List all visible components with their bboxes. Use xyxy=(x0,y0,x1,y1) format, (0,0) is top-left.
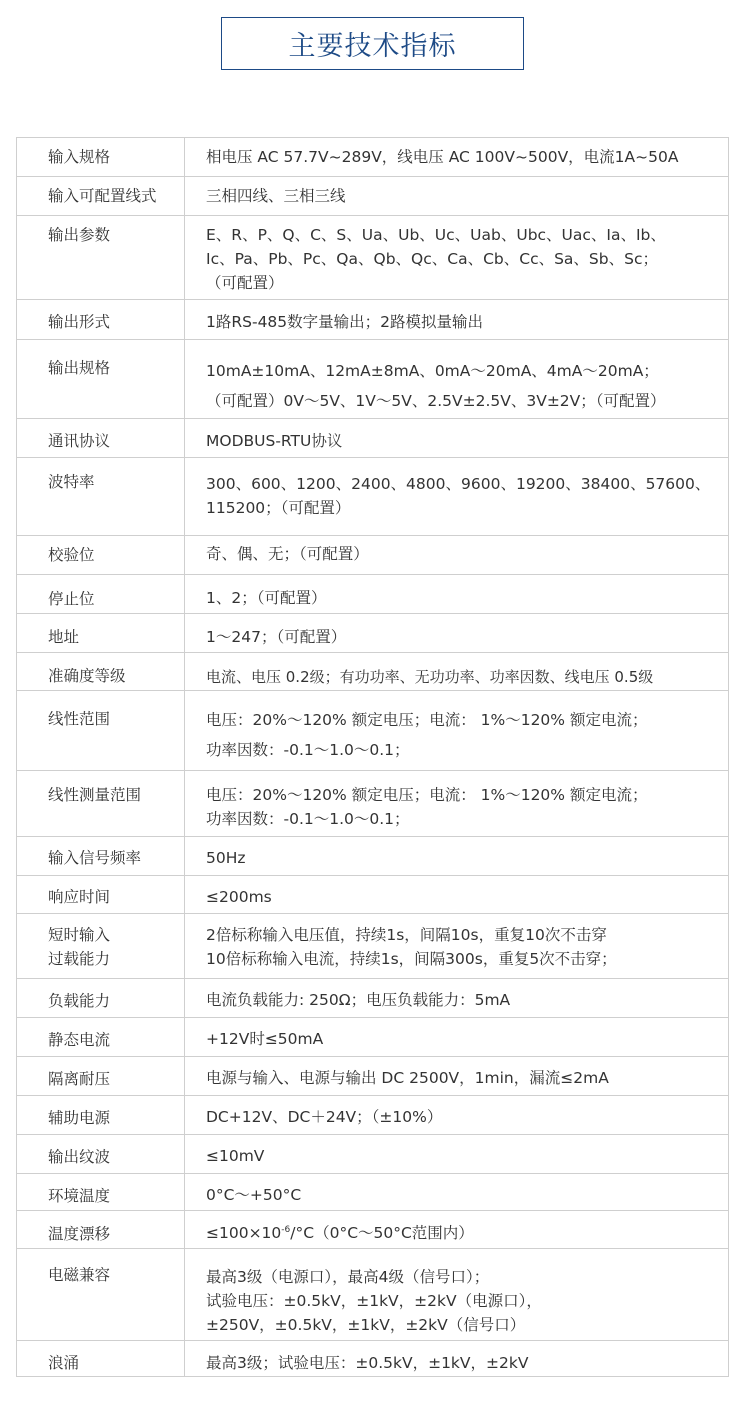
spec-value: 电源与输入、电源与输出 DC 2500V，1min，漏流≤2mA xyxy=(185,1057,729,1096)
value-text: 1～247；（可配置） xyxy=(206,625,724,649)
spec-value: 1～247；（可配置） xyxy=(185,614,729,653)
value-text: 10mA±10mA、12mA±8mA、0mA～20mA、4mA～20mA； xyxy=(206,356,724,386)
spec-value: 最高3级；试验电压：±0.5kV，±1kV，±2kV xyxy=(185,1341,729,1377)
spec-label: 输出参数 xyxy=(17,216,185,300)
label-text: 响应时间 xyxy=(48,885,184,909)
table-row: 输入信号频率 50Hz xyxy=(17,837,729,876)
spec-value: 0°C～+50°C xyxy=(185,1174,729,1211)
label-text: 输出参数 xyxy=(48,223,184,247)
value-text-main: ≤100×10 xyxy=(206,1224,281,1242)
value-text: 最高3级；试验电压：±0.5kV，±1kV，±2kV xyxy=(206,1351,724,1375)
table-row: 准确度等级 电流、电压 0.2级；有功功率、无功功率、功率因数、线电压 0.5级 xyxy=(17,653,729,691)
spec-label: 线性范围 xyxy=(17,691,185,771)
spec-value: +12V时≤50mA xyxy=(185,1018,729,1057)
spec-value: 1、2；（可配置） xyxy=(185,575,729,614)
value-text: （可配置）0V～5V、1V～5V、2.5V±2.5V、3V±2V；（可配置） xyxy=(206,386,724,416)
value-text: 2倍标称输入电压值，持续1s，间隔10s，重复10次不击穿 xyxy=(206,923,724,947)
table-row: 输出形式 1路RS-485数字量输出；2路模拟量输出 xyxy=(17,300,729,340)
spec-value: 三相四线、三相三线 xyxy=(185,177,729,216)
value-text: 电源与输入、电源与输出 DC 2500V，1min，漏流≤2mA xyxy=(206,1066,724,1090)
value-text: ±250V，±0.5kV，±1kV，±2kV（信号口） xyxy=(206,1313,724,1337)
spec-value: 最高3级（电源口），最高4级（信号口）； 试验电压：±0.5kV，±1kV，±2… xyxy=(185,1249,729,1341)
value-text: 相电压 AC 57.7V~289V，线电压 AC 100V~500V，电流1A~… xyxy=(206,145,724,169)
label-text: 隔离耐压 xyxy=(48,1067,184,1091)
label-text: 停止位 xyxy=(48,587,184,611)
value-text: 最高3级（电源口），最高4级（信号口）； xyxy=(206,1265,724,1289)
spec-value: 奇、偶、无；（可配置） xyxy=(185,536,729,575)
value-text: 1、2；（可配置） xyxy=(206,586,724,610)
spec-value: 50Hz xyxy=(185,837,729,876)
spec-value: DC+12V、DC＋24V；（±10%） xyxy=(185,1096,729,1135)
table-row: 线性测量范围 电压：20%～120% 额定电压；电流： 1%～120% 额定电流… xyxy=(17,771,729,837)
label-text: 输出规格 xyxy=(48,356,184,380)
spec-label: 输出形式 xyxy=(17,300,185,340)
spec-label: 输出纹波 xyxy=(17,1135,185,1174)
value-text-unit: /°C（0°C～50°C范围内） xyxy=(290,1224,474,1242)
table-row: 温度漂移 ≤100×10-6/°C（0°C～50°C范围内） xyxy=(17,1211,729,1249)
spec-label: 输出规格 xyxy=(17,340,185,419)
label-text: 准确度等级 xyxy=(48,664,184,688)
value-text: 功率因数：-0.1～1.0～0.1； xyxy=(206,735,724,765)
spec-value: 相电压 AC 57.7V~289V，线电压 AC 100V~500V，电流1A~… xyxy=(185,138,729,177)
label-text: 短时输入 xyxy=(48,923,184,947)
spec-value: ≤10mV xyxy=(185,1135,729,1174)
spec-label: 负载能力 xyxy=(17,979,185,1018)
label-text: 校验位 xyxy=(48,543,184,567)
exponent: -6 xyxy=(281,1225,290,1235)
spec-value: MODBUS-RTU协议 xyxy=(185,419,729,458)
label-text: 输出形式 xyxy=(48,310,184,334)
label-text: 波特率 xyxy=(48,470,184,494)
table-row: 地址 1～247；（可配置） xyxy=(17,614,729,653)
label-text: 过载能力 xyxy=(48,947,184,971)
spec-label: 静态电流 xyxy=(17,1018,185,1057)
value-text: 电压：20%～120% 额定电压；电流： 1%～120% 额定电流； xyxy=(206,783,724,807)
table-row: 输出纹波 ≤10mV xyxy=(17,1135,729,1174)
label-text: 温度漂移 xyxy=(48,1222,184,1246)
table-row: 停止位 1、2；（可配置） xyxy=(17,575,729,614)
value-text: （可配置） xyxy=(206,271,724,295)
label-text: 线性范围 xyxy=(48,707,184,731)
table-row: 响应时间 ≤200ms xyxy=(17,876,729,914)
label-text: 输入信号频率 xyxy=(48,846,184,870)
table-row: 短时输入 过载能力 2倍标称输入电压值，持续1s，间隔10s，重复10次不击穿 … xyxy=(17,914,729,979)
table-row: 环境温度 0°C～+50°C xyxy=(17,1174,729,1211)
value-text: Ic、Pa、Pb、Pc、Qa、Qb、Qc、Ca、Cb、Cc、Sa、Sb、Sc； xyxy=(206,247,724,271)
label-text: 输入可配置线式 xyxy=(48,184,184,208)
value-text: 电流负载能力: 250Ω；电压负载能力：5mA xyxy=(206,988,724,1012)
value-text: ≤200ms xyxy=(206,885,724,909)
table-row: 负载能力 电流负载能力: 250Ω；电压负载能力：5mA xyxy=(17,979,729,1018)
spec-label: 短时输入 过载能力 xyxy=(17,914,185,979)
label-text: 环境温度 xyxy=(48,1184,184,1208)
spec-label: 电磁兼容 xyxy=(17,1249,185,1341)
value-text: 功率因数：-0.1～1.0～0.1； xyxy=(206,807,724,831)
value-text: 电压：20%～120% 额定电压；电流： 1%～120% 额定电流； xyxy=(206,705,724,735)
label-text: 输入规格 xyxy=(48,145,184,169)
label-text: 输出纹波 xyxy=(48,1145,184,1169)
value-text: MODBUS-RTU协议 xyxy=(206,429,724,453)
label-text: 线性测量范围 xyxy=(48,783,184,807)
label-text: 通讯协议 xyxy=(48,429,184,453)
spec-value: 电流负载能力: 250Ω；电压负载能力：5mA xyxy=(185,979,729,1018)
table-row: 输入规格 相电压 AC 57.7V~289V，线电压 AC 100V~500V，… xyxy=(17,138,729,177)
section-title-box: 主要技术指标 xyxy=(221,17,524,70)
label-text: 电磁兼容 xyxy=(48,1263,184,1287)
spec-value: ≤200ms xyxy=(185,876,729,914)
value-text: 115200；（可配置） xyxy=(206,496,724,520)
value-text: 三相四线、三相三线 xyxy=(206,184,724,208)
value-text: DC+12V、DC＋24V；（±10%） xyxy=(206,1105,724,1129)
spec-label: 输入规格 xyxy=(17,138,185,177)
spec-value: 电压：20%～120% 额定电压；电流： 1%～120% 额定电流； 功率因数：… xyxy=(185,691,729,771)
table-row: 输出规格 10mA±10mA、12mA±8mA、0mA～20mA、4mA～20m… xyxy=(17,340,729,419)
spec-label: 浪涌 xyxy=(17,1341,185,1377)
value-text: 10倍标称输入电流，持续1s，间隔300s，重复5次不击穿； xyxy=(206,947,724,971)
spec-label: 校验位 xyxy=(17,536,185,575)
label-text: 负载能力 xyxy=(48,989,184,1013)
spec-label: 通讯协议 xyxy=(17,419,185,458)
table-row: 辅助电源 DC+12V、DC＋24V；（±10%） xyxy=(17,1096,729,1135)
spec-label: 辅助电源 xyxy=(17,1096,185,1135)
label-text: 地址 xyxy=(48,625,184,649)
spec-label: 线性测量范围 xyxy=(17,771,185,837)
value-text: +12V时≤50mA xyxy=(206,1027,724,1051)
spec-label: 响应时间 xyxy=(17,876,185,914)
table-row: 线性范围 电压：20%～120% 额定电压；电流： 1%～120% 额定电流； … xyxy=(17,691,729,771)
label-text: 辅助电源 xyxy=(48,1106,184,1130)
value-text: ≤100×10-6/°C（0°C～50°C范围内） xyxy=(206,1221,724,1245)
value-text: 奇、偶、无；（可配置） xyxy=(206,542,724,566)
spec-value: 电压：20%～120% 额定电压；电流： 1%～120% 额定电流； 功率因数：… xyxy=(185,771,729,837)
table-row: 浪涌 最高3级；试验电压：±0.5kV，±1kV，±2kV xyxy=(17,1341,729,1377)
spec-label: 准确度等级 xyxy=(17,653,185,691)
spec-value: ≤100×10-6/°C（0°C～50°C范围内） xyxy=(185,1211,729,1249)
section-title: 主要技术指标 xyxy=(289,24,457,63)
table-row: 输出参数 E、R、P、Q、C、S、Ua、Ub、Uc、Uab、Ubc、Uac、Ia… xyxy=(17,216,729,300)
spec-table: 输入规格 相电压 AC 57.7V~289V，线电压 AC 100V~500V，… xyxy=(16,137,729,1377)
spec-value: 10mA±10mA、12mA±8mA、0mA～20mA、4mA～20mA； （可… xyxy=(185,340,729,419)
value-text: 1路RS-485数字量输出；2路模拟量输出 xyxy=(206,310,724,334)
spec-label: 波特率 xyxy=(17,458,185,536)
spec-label: 温度漂移 xyxy=(17,1211,185,1249)
label-text: 静态电流 xyxy=(48,1028,184,1052)
spec-label: 停止位 xyxy=(17,575,185,614)
spec-value: 300、600、1200、2400、4800、9600、19200、38400、… xyxy=(185,458,729,536)
table-row: 通讯协议 MODBUS-RTU协议 xyxy=(17,419,729,458)
table-row: 电磁兼容 最高3级（电源口），最高4级（信号口）； 试验电压：±0.5kV，±1… xyxy=(17,1249,729,1341)
value-text: 300、600、1200、2400、4800、9600、19200、38400、… xyxy=(206,472,724,496)
spec-label: 输入信号频率 xyxy=(17,837,185,876)
spec-label: 环境温度 xyxy=(17,1174,185,1211)
label-text: 浪涌 xyxy=(48,1351,184,1375)
table-row: 隔离耐压 电源与输入、电源与输出 DC 2500V，1min，漏流≤2mA xyxy=(17,1057,729,1096)
spec-value: 2倍标称输入电压值，持续1s，间隔10s，重复10次不击穿 10倍标称输入电流，… xyxy=(185,914,729,979)
value-text: 50Hz xyxy=(206,846,724,870)
value-text: 试验电压：±0.5kV，±1kV，±2kV（电源口）， xyxy=(206,1289,724,1313)
spec-label: 隔离耐压 xyxy=(17,1057,185,1096)
spec-value: 1路RS-485数字量输出；2路模拟量输出 xyxy=(185,300,729,340)
spec-value: 电流、电压 0.2级；有功功率、无功功率、功率因数、线电压 0.5级 xyxy=(185,653,729,691)
value-text: 电流、电压 0.2级；有功功率、无功功率、功率因数、线电压 0.5级 xyxy=(206,665,724,689)
table-row: 静态电流 +12V时≤50mA xyxy=(17,1018,729,1057)
spec-value: E、R、P、Q、C、S、Ua、Ub、Uc、Uab、Ubc、Uac、Ia、Ib、 … xyxy=(185,216,729,300)
spec-label: 地址 xyxy=(17,614,185,653)
table-row: 校验位 奇、偶、无；（可配置） xyxy=(17,536,729,575)
spec-label: 输入可配置线式 xyxy=(17,177,185,216)
table-row: 输入可配置线式 三相四线、三相三线 xyxy=(17,177,729,216)
value-text: E、R、P、Q、C、S、Ua、Ub、Uc、Uab、Ubc、Uac、Ia、Ib、 xyxy=(206,223,724,247)
value-text: ≤10mV xyxy=(206,1144,724,1168)
table-row: 波特率 300、600、1200、2400、4800、9600、19200、38… xyxy=(17,458,729,536)
value-text: 0°C～+50°C xyxy=(206,1183,724,1207)
